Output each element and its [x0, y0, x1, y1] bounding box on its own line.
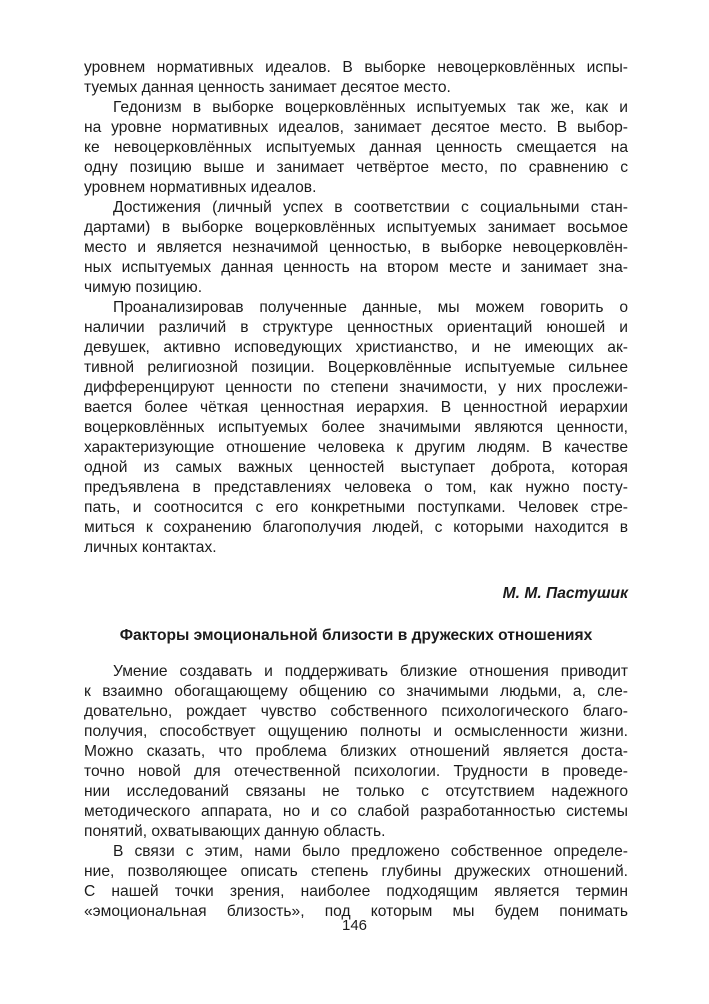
text-line: уровнем нормативных идеалов. В выборке н…: [84, 58, 628, 78]
text-line: вается более чёткая ценностная иерархия.…: [84, 398, 628, 418]
text-line: методического аппарата, но и со слабой р…: [84, 802, 628, 822]
text-line: дартами) в выборке воцерковлённых испыту…: [84, 218, 628, 238]
document-page: уровнем нормативных идеалов. В выборке н…: [0, 0, 709, 1004]
text-line: наличии различий в структуре ценностных …: [84, 318, 628, 338]
text-line: нии исследований связаны не только с отс…: [84, 782, 628, 802]
paragraph: Гедонизм в выборке воцерковлённых испыту…: [84, 98, 628, 198]
article-title: Факторы эмоциональной близости в дружеск…: [84, 626, 628, 646]
text-line: точно новой для отечественной психологии…: [84, 762, 628, 782]
text-line: Достижения (личный успех в соответствии …: [84, 198, 628, 218]
text-line: довательно, рождает чувство собственного…: [84, 702, 628, 722]
text-line: одной из самых важных ценностей выступае…: [84, 458, 628, 478]
text-line: В связи с этим, нами было предложено соб…: [84, 842, 628, 862]
text-line: понятий, охватывающих данную область.: [84, 822, 628, 842]
text-line: ние, позволяющее описать степень глубины…: [84, 862, 628, 882]
section-article-body: Умение создавать и поддерживать близкие …: [84, 662, 628, 922]
text-line: Умение создавать и поддерживать близкие …: [84, 662, 628, 682]
text-line: тивной религиозной позиции. Воцерковлённ…: [84, 358, 628, 378]
text-line: воцерковлённых испытуемых более значимым…: [84, 418, 628, 438]
text-line: к взаимно обогащающему общению со значим…: [84, 682, 628, 702]
section-previous-article-ending: уровнем нормативных идеалов. В выборке н…: [84, 58, 628, 558]
text-line: личных контактах.: [84, 538, 628, 558]
paragraph: Проанализировав полученные данные, мы мо…: [84, 298, 628, 558]
text-line: Можно сказать, что проблема близких отно…: [84, 742, 628, 762]
paragraph: уровнем нормативных идеалов. В выборке н…: [84, 58, 628, 98]
paragraph: Достижения (личный успех в соответствии …: [84, 198, 628, 298]
author-name: М. М. Пастушик: [84, 584, 628, 604]
text-line: уровнем нормативных идеалов.: [84, 178, 628, 198]
text-line: получия, способствует ощущению полноты и…: [84, 722, 628, 742]
paragraph: В связи с этим, нами было предложено соб…: [84, 842, 628, 922]
text-line: одну позицию выше и занимает четвёртое м…: [84, 158, 628, 178]
text-line: место и является незначимой ценностью, в…: [84, 238, 628, 258]
text-line: пать, и соотносится с его конкретными по…: [84, 498, 628, 518]
text-line: дифференцируют ценности по степени значи…: [84, 378, 628, 398]
text-line: ных испытуемых данная ценность на втором…: [84, 258, 628, 278]
text-line: Проанализировав полученные данные, мы мо…: [84, 298, 628, 318]
text-line: миться к сохранению благополучия людей, …: [84, 518, 628, 538]
page-number: 146: [0, 916, 709, 936]
text-line: ке невоцерковлённых испытуемых данная це…: [84, 138, 628, 158]
text-line: туемых данная ценность занимает десятое …: [84, 78, 628, 98]
text-line: на уровне нормативных идеалов, занимает …: [84, 118, 628, 138]
text-line: девушек, активно исповедующих христианст…: [84, 338, 628, 358]
text-line: Гедонизм в выборке воцерковлённых испыту…: [84, 98, 628, 118]
text-line: предъявлена в представлениях человека о …: [84, 478, 628, 498]
page-content: уровнем нормативных идеалов. В выборке н…: [84, 58, 628, 922]
text-line: чимую позицию.: [84, 278, 628, 298]
text-line: характеризующие отношение человека к дру…: [84, 438, 628, 458]
paragraph: Умение создавать и поддерживать близкие …: [84, 662, 628, 842]
text-line: С нашей точки зрения, наиболее подходящи…: [84, 882, 628, 902]
